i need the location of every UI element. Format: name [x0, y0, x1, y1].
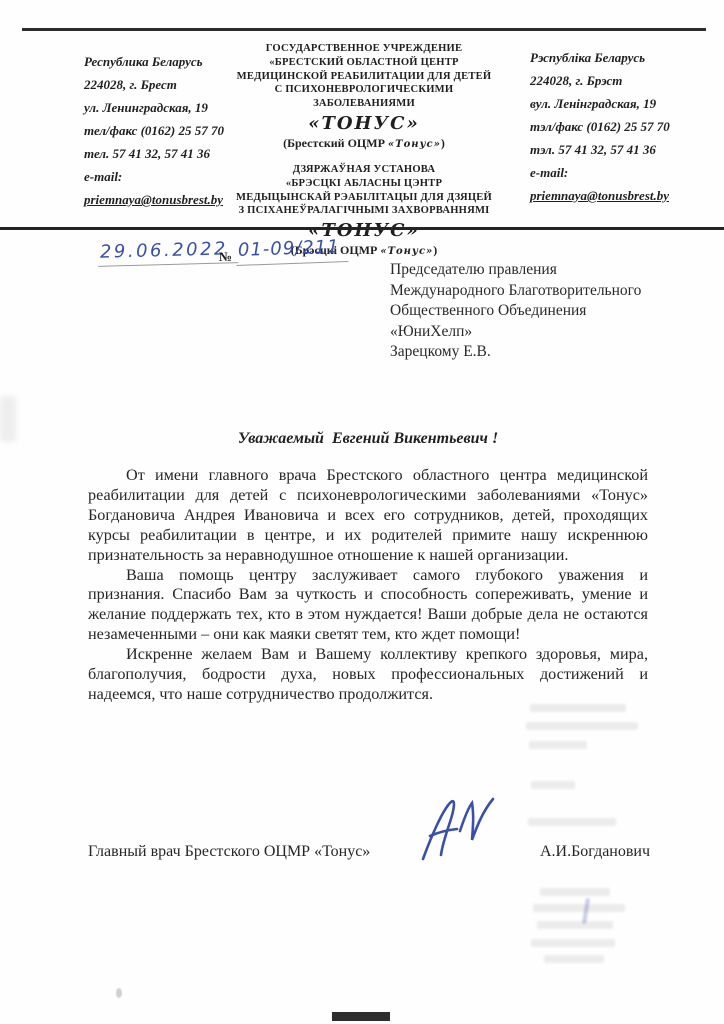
org-ru-line: ГОСУДАРСТВЕННОЕ УЧРЕЖДЕНИЕ: [228, 42, 500, 56]
bleedthrough-artifact: [531, 939, 615, 947]
signer-name: А.И.Богданович: [540, 843, 650, 861]
org-short-name-ru: (Брестский ОЦМР «Тонус»): [228, 136, 500, 152]
contact-phone: тэл. 57 41 32, 57 41 36: [530, 138, 710, 161]
contact-postcode-city: 224028, г. Брэст: [530, 69, 710, 92]
addressee-line: Председателю правления: [390, 260, 710, 281]
bleedthrough-artifact: [530, 704, 626, 712]
org-by-line: «БРЭСЦКІ АБЛАСНЫ ЦЭНТР: [228, 177, 500, 191]
bleedthrough-artifact: [528, 818, 616, 826]
scan-speck: [116, 988, 122, 998]
number-sign: №: [219, 249, 232, 265]
letter-paragraph: От имени главного врача Брестского облас…: [88, 466, 648, 566]
contact-email-label: e-mail:: [530, 161, 710, 184]
letterhead-separator-rule: [0, 227, 724, 230]
letterhead-top-rule: [22, 28, 706, 31]
org-short-prefix: (Брестский ОЦМР: [283, 136, 388, 150]
org-name-ru: ГОСУДАРСТВЕННОЕ УЧРЕЖДЕНИЕ «БРЕСТСКИЙ ОБ…: [228, 42, 500, 152]
addressee-line: Международного Благотворительного: [390, 281, 710, 302]
bleedthrough-artifact: [537, 921, 613, 929]
bleedthrough-artifact: [544, 955, 604, 963]
org-by-line: МЕДЫЦЫНСКАЙ РЭАБІЛІТАЦЫІ ДЛЯ ДЗЯЦЕЙ: [228, 191, 500, 205]
letter-paragraph: Искренне желаем Вам и Вашему коллективу …: [88, 645, 648, 705]
salutation: Уважаемый Евгений Викентьевич !: [88, 430, 648, 448]
bleedthrough-artifact: [531, 781, 575, 789]
handwritten-signature: [415, 795, 510, 867]
org-ru-line: МЕДИЦИНСКОЙ РЕАБИЛИТАЦИИ ДЛЯ ДЕТЕЙ: [228, 70, 500, 84]
org-by-line: ДЗЯРЖАЎНАЯ УСТАНОВА: [228, 163, 500, 177]
handwritten-date: 29.06.2022: [98, 238, 239, 267]
bleedthrough-artifact: [526, 722, 638, 730]
org-ru-line: С ПСИХОНЕВРОЛОГИЧЕСКИМИ ЗАБОЛЕВАНИЯМИ: [228, 83, 500, 111]
bleedthrough-artifact: [540, 888, 610, 896]
tonus-mini-logo: «Тонус»: [388, 139, 441, 150]
signer-title: Главный врач Брестского ОЦМР «Тонус»: [88, 843, 370, 861]
org-by-line: З ПСІХАНЕЎРАЛАГІЧНЫМІ ЗАХВОРВАННЯМІ: [228, 204, 500, 218]
tonus-mini-logo: «Тонус»: [380, 246, 433, 257]
contact-country: Рэспубліка Беларусь: [530, 46, 710, 69]
handwritten-reference-number: 01-09/211: [236, 236, 349, 266]
contact-street: вул. Ленінградская, 19: [530, 92, 710, 115]
addressee-line: Зарецкому Е.В.: [390, 342, 710, 363]
contact-phone-fax: тэл/факс (0162) 25 57 70: [530, 115, 710, 138]
addressee-block: Председателю правления Международного Бл…: [390, 260, 710, 363]
letter-paragraph: Ваша помощь центру заслуживает самого гл…: [88, 566, 648, 646]
org-short-suffix: ): [441, 136, 445, 150]
scanned-letter-page: Республика Беларусь 224028, г. Брест ул.…: [0, 0, 724, 1024]
letterhead-contact-by: Рэспубліка Беларусь 224028, г. Брэст вул…: [530, 46, 710, 207]
tonus-logo-ru: «ТОНУС»: [228, 114, 500, 134]
bleedthrough-artifact: [533, 904, 625, 912]
addressee-line: Общественного Объединения: [390, 301, 710, 322]
org-short-suffix: ): [433, 243, 437, 257]
org-ru-line: «БРЕСТСКИЙ ОБЛАСТНОЙ ЦЕНТР: [228, 56, 500, 70]
addressee-line: «ЮниХелп»: [390, 322, 710, 343]
scan-mark: [332, 1012, 390, 1021]
contact-email: priemnaya@tonusbrest.by: [530, 184, 710, 207]
bleedthrough-artifact: [529, 741, 587, 749]
letter-body: От имени главного врача Брестского облас…: [88, 466, 648, 705]
scan-smudge: [0, 396, 16, 442]
